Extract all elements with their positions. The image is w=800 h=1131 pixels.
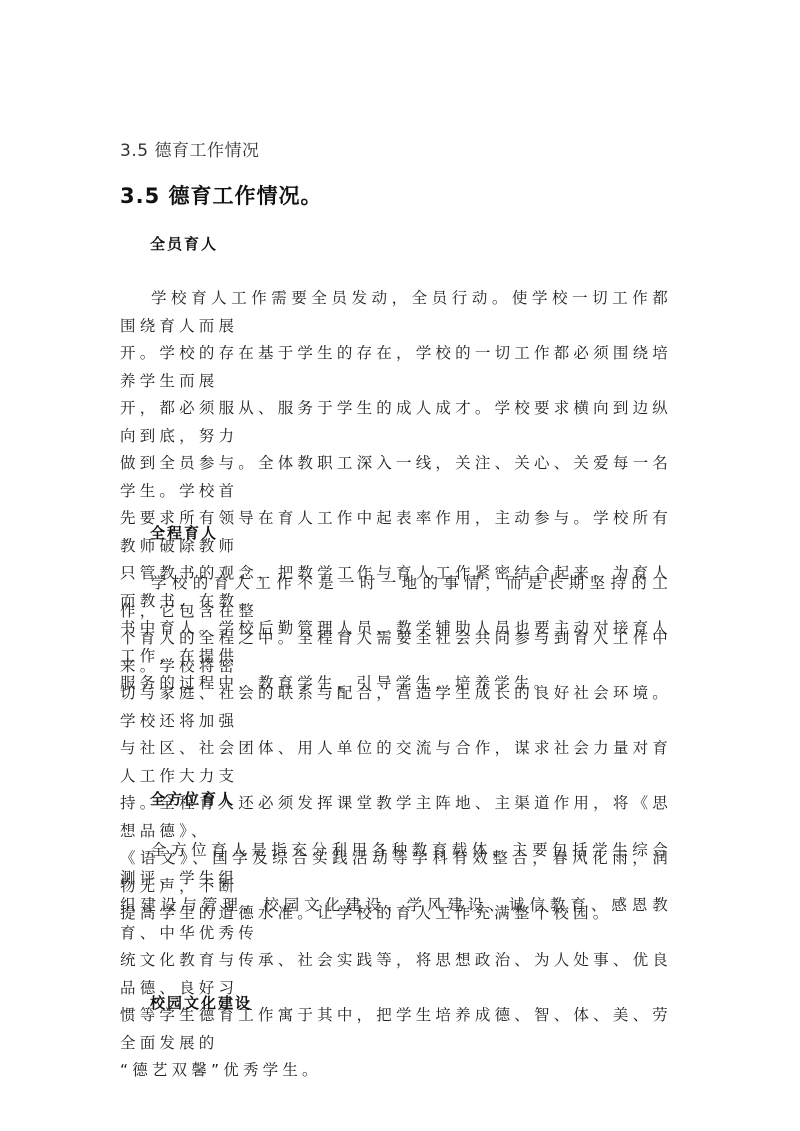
text-line: 全方位育人是指充分利用各种教育载体，主要包括学生综合测评、学生组 [120, 837, 672, 892]
text-line: 织建设与管理、校园文化建设、学风建设、诚信教育、感恩教育、中华优秀传 [120, 892, 672, 947]
text-line: 学校的育人工作不是一时一地的事情，而是长期坚持的工作，它包含在整 [120, 570, 672, 625]
paragraph-all-round: 全方位育人是指充分利用各种教育载体，主要包括学生综合测评、学生组 织建设与管理、… [120, 837, 672, 1085]
section-heading-plain: 3.5 德育工作情况 [120, 136, 259, 161]
text-line: 做到全员参与。全体教职工深入一线，关注、关心、关爱每一名学生。学校首 [120, 450, 672, 505]
text-line: 学校育人工作需要全员发动，全员行动。使学校一切工作都围绕育人而展 [120, 285, 672, 340]
text-line: 开。学校的存在基于学生的存在，学校的一切工作都必须围绕培养学生而展 [120, 340, 672, 395]
text-line: “德艺双馨”优秀学生。 [120, 1057, 672, 1085]
text-line: 开，都必须服从、服务于学生的成人成才。学校要求横向到边纵向到底，努力 [120, 395, 672, 450]
subsection-title-all-round: 全方位育人 [150, 788, 235, 809]
text-line: 与社区、社会团体、用人单位的交流与合作，谋求社会力量对育人工作大力支 [120, 735, 672, 790]
text-line: 切与家庭、社会的联系与配合，营造学生成长的良好社会环境。学校还将加强 [120, 680, 672, 735]
text-line: 个育人的全程之中。全程育人需要全社会共同参与到育人工作中来。学校将密 [120, 625, 672, 680]
section-heading-bold: 3.5 德育工作情况。 [120, 180, 323, 210]
subsection-title-campus-culture: 校园文化建设 [150, 992, 252, 1013]
subsection-title-whole-process: 全程育人 [150, 522, 218, 543]
document-page: 3.5 德育工作情况 3.5 德育工作情况。 全员育人 学校育人工作需要全员发动… [0, 0, 800, 1131]
subsection-title-all-staff: 全员育人 [150, 233, 218, 254]
